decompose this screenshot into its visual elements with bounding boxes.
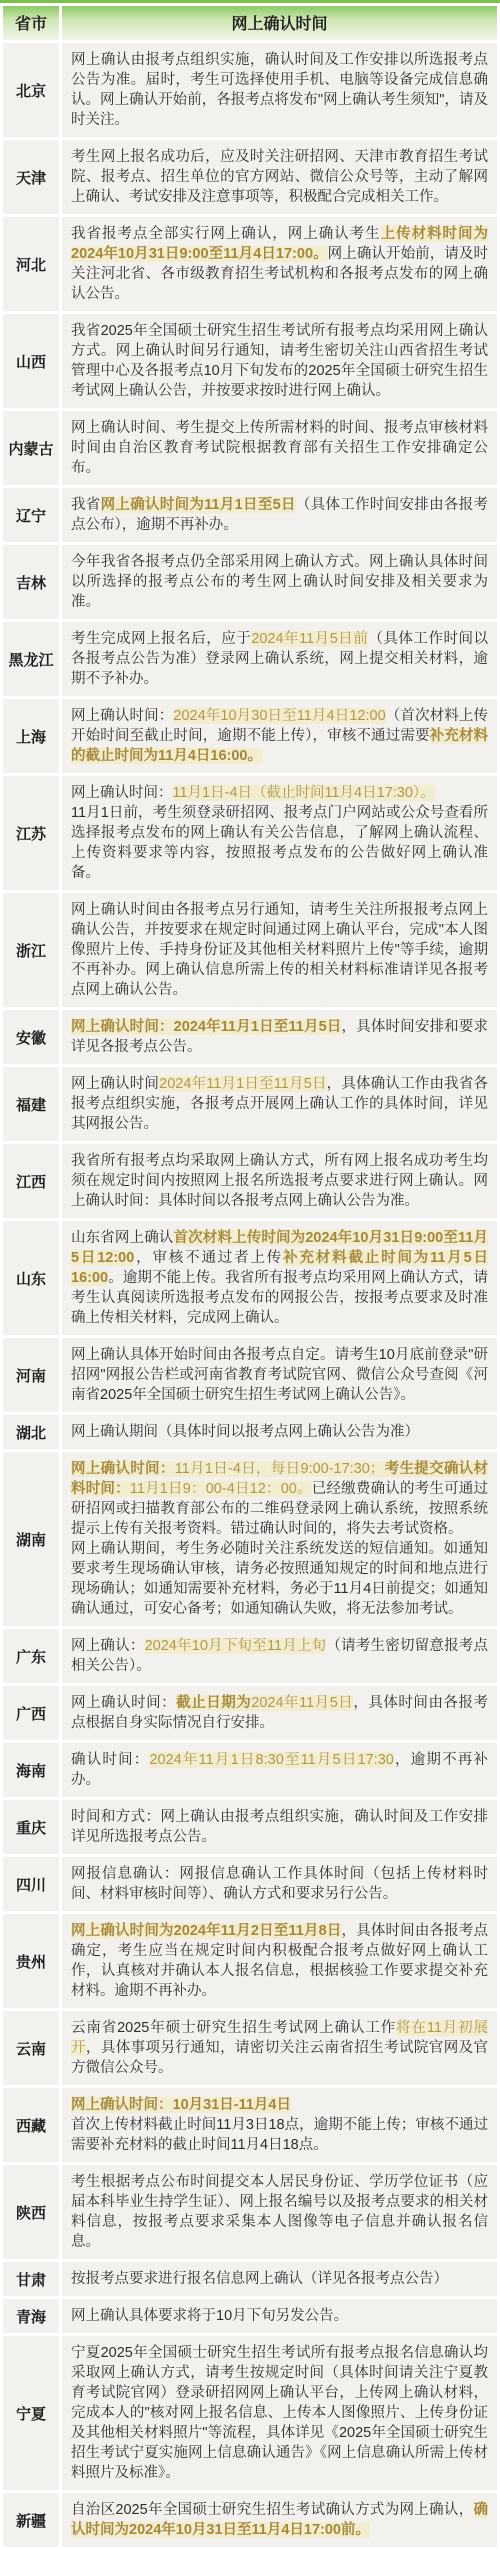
detail-text-segment: 网上确认时间、考生提交上传所需材料的时间、报考点审核材料时间由自治区教育考试院根… [71,420,488,476]
detail-cell: 今年我省各报考点仍全部采用网上确认方式。网上确认具体时间以所选择的报考点公布的考… [62,545,497,619]
province-label: 福建 [3,1067,59,1141]
detail-cell: 我省报考点全部实行网上确认，网上确认考生上传材料时间为2024年10月31日9:… [62,217,497,311]
detail-cell: 我省所有报考点均采取网上确认方式，所有网上报名成功考生均须在规定时间内按照网上报… [62,1144,497,1218]
table-row: 上海 网上确认时间：2024年10月30日至11月4日12:00（首次材料上传开… [3,699,497,773]
detail-cell: 网上确认时间：11月1日-4日（截止时间11月4日17:30）。 11月1日前，… [62,776,497,890]
table-row: 青海 网上确认具体要求将于10月下旬另发公告。 [3,2299,497,2333]
table-row: 贵州 网上确认时间为2024年11月2日至11月8日，具体时间由各报考点确定，考… [3,1914,497,2008]
detail-text-segment: 首次上传材料截止时间11月3日18点，逾期不能上传；审核不通过需要补充材料的截止… [71,2117,488,2153]
detail-text-segment: 网上确认时间：10月31日-11月4日 [71,2097,291,2113]
table-row: 吉林 今年我省各报考点仍全部采用网上确认方式。网上确认具体时间以所选择的报考点公… [3,545,497,619]
province-label: 云南 [3,2011,59,2085]
table-row: 安徽 网上确认时间：2024年11月1日至11月5日，具体时间安排和要求详见各报… [3,1010,497,1064]
detail-cell: 宁夏2025年全国硕士研究生招生考试所有报考点报名信息确认均采取网上确认方式，请… [62,2336,497,2490]
table-row: 内蒙古 网上确认时间、考生提交上传所需材料的时间、报考点审核材料时间由自治区教育… [3,411,497,485]
detail-text-segment: 11月1日-4日（截止时间11月4日17:30）。 [173,785,435,801]
table-row: 西藏 网上确认时间：10月31日-11月4日 首次上传材料截止时间11月3日18… [3,2088,497,2162]
header-row: 省市 网上确认时间 [3,6,497,40]
table-row: 重庆 时间和方式：网上确认由报考点组织实施，确认时间及工作安排详见所选报考点公告… [3,1800,497,1854]
detail-text-segment: 按报考点要求进行报名信息网上确认（详见各报考点公告） [71,2271,448,2287]
province-label: 西藏 [3,2088,59,2162]
detail-cell: 我省网上确认时间为11月1日至5日（具体工作时间安排由各报考点公布），逾期不再补… [62,488,497,542]
detail-cell: 考生网上报名成功后，应及时关注研招网、天津市教育招生考试院、报考点、招生单位的官… [62,140,497,214]
detail-cell: 云南省2025年硕士研究生招生考试网上确认工作将在11月初展开，具体事项另行通知… [62,2011,497,2085]
detail-text-segment: 11月1日9：00-4日12：00。 [130,1481,312,1497]
table-row: 山西 我省2025年全国硕士研究生招生考试所有报考点均采用网上确认方式。网上确认… [3,314,497,408]
detail-text-segment: 网上确认时间为2024年11月2日至11月8日 [71,1923,342,1939]
detail-cell: 网上确认时间为2024年11月2日至11月8日，具体时间由各报考点确定，考生应当… [62,1914,497,2008]
confirmation-table-body: 北京 网上确认由报考点组织实施，确认时间及工作安排以所选报考点公告为准。届时，考… [3,43,497,2547]
detail-text-segment: ，审核不通过者上传 [134,1250,283,1266]
detail-text-segment: 今年我省各报考点仍全部采用网上确认方式。网上确认具体时间以所选择的报考点公布的考… [71,554,488,610]
province-label: 甘肃 [3,2262,59,2296]
province-label: 河南 [3,1338,59,1412]
province-label: 江苏 [3,776,59,890]
detail-text-segment: 网上确认具体开始时间由各报考点自定。请考生10月底前登录"研招网"网报公告栏或河… [71,1347,488,1403]
detail-cell: 网上确认时间2024年11月1日至11月5日，具体确认工作由我省各报考点组织实施… [62,1067,497,1141]
province-label: 河北 [3,217,59,311]
detail-text-segment: 考生网上报名成功后，应及时关注研招网、天津市教育招生考试院、报考点、招生单位的官… [71,149,488,205]
header-time-column: 网上确认时间 [62,6,497,40]
table-row: 河北 我省报考点全部实行网上确认，网上确认考生上传材料时间为2024年10月31… [3,217,497,311]
table-row: 云南 云南省2025年硕士研究生招生考试网上确认工作将在11月初展开，具体事项另… [3,2011,497,2085]
detail-text-segment: 考生根据考点公布时间提交本人居民身份证、学历学位证书（应届本科毕业生持学生证）、… [71,2174,488,2250]
detail-text-segment: 已经缴费确认的考生可通过研招网或扫描教育部公布的二维码登录网上确认系统，按照系统… [71,1481,488,1617]
detail-cell: 网上确认时间：11月1日-4日，每日9:00-17:30；考生提交确认材料时间：… [62,1452,497,1626]
detail-text-segment: 11月1日前，考生须登录研招网、报考点门户网站或公众号查看所选择报考点发布的网上… [71,805,488,881]
province-label: 浙江 [3,893,59,1007]
detail-cell: 网上确认：2024年10月下旬至11月上旬（请考生密切留意报考点相关公告）。 [62,1629,497,1683]
detail-text-segment: 11月1日-4日，每日9:00-17:30； [175,1461,385,1477]
province-label: 辽宁 [3,488,59,542]
province-label: 广西 [3,1686,59,1740]
table-row: 四川 网报信息确认：网报信息确认工作具体时间（包括上传材料时间、材料审核时间等）… [3,1857,497,1911]
detail-text-segment: 网上确认期间（具体时间以报考点网上确认公告为准） [71,1424,419,1440]
province-label: 宁夏 [3,2336,59,2490]
province-label: 海南 [3,1743,59,1797]
province-label: 上海 [3,699,59,773]
detail-cell: 确认时间：2024年11月1日8:30至11月5日17:30，逾期不再补办。 [62,1743,497,1797]
detail-text-segment: 我省所有报考点均采取网上确认方式，所有网上报名成功考生均须在规定时间内按照网上报… [71,1153,488,1209]
detail-text-segment: 我省报考点全部实行网上确认，网上确认考生 [71,226,381,242]
province-label: 黑龙江 [3,622,59,696]
table-row: 江苏 网上确认时间：11月1日-4日（截止时间11月4日17:30）。 11月1… [3,776,497,890]
confirmation-table-header: 省市 网上确认时间 [3,6,497,40]
detail-text-segment: 2024年11月5日 [251,1695,353,1711]
province-label: 新疆 [3,2493,59,2547]
detail-text-segment: 网上确认时间 [71,1076,159,1092]
detail-cell: 网上确认时间：2024年11月1日至11月5日，具体时间安排和要求详见各报考点公… [62,1010,497,1064]
province-label: 吉林 [3,545,59,619]
table-row: 甘肃 按报考点要求进行报名信息网上确认（详见各报考点公告） [3,2262,497,2296]
header-province-column: 省市 [3,6,59,40]
detail-cell: 网上确认具体要求将于10月下旬另发公告。 [62,2299,497,2333]
detail-cell: 网上确认时间：10月31日-11月4日 首次上传材料截止时间11月3日18点，逾… [62,2088,497,2162]
detail-text-segment: 网上确认时间： [71,1695,176,1711]
table-row: 天津 考生网上报名成功后，应及时关注研招网、天津市教育招生考试院、报考点、招生单… [3,140,497,214]
detail-text-segment: 网上确认具体要求将于10月下旬另发公告。 [71,2308,348,2324]
detail-text-segment: 2024年11月1日至11月5日 [159,1076,327,1092]
detail-text-segment: 网上确认时间： [71,1461,175,1477]
table-row: 陕西 考生根据考点公布时间提交本人居民身份证、学历学位证书（应届本科毕业生持学生… [3,2165,497,2259]
detail-text-segment: 确认时间： [71,1752,149,1768]
table-row: 辽宁 我省网上确认时间为11月1日至5日（具体工作时间安排由各报考点公布），逾期… [3,488,497,542]
detail-text-segment: 考生完成网上报名后，应于 [71,631,251,647]
detail-cell: 网报信息确认：网报信息确认工作具体时间（包括上传材料时间、材料审核时间等）、确认… [62,1857,497,1911]
table-row: 广西 网上确认时间：截止日期为2024年11月5日，具体时间由各报考点根据自身实… [3,1686,497,1740]
detail-text-segment: 网上确认时间： [71,708,173,724]
table-row: 海南 确认时间：2024年11月1日8:30至11月5日17:30，逾期不再补办… [3,1743,497,1797]
table-row: 黑龙江 考生完成网上报名后，应于2024年11月5日前（具体工作时间以各报考点公… [3,622,497,696]
detail-cell: 网上确认由报考点组织实施，确认时间及工作安排以所选报考点公告为准。届时，考生可选… [62,43,497,137]
detail-cell: 我省2025年全国硕士研究生招生考试所有报考点均采用网上确认方式。网上确认时间另… [62,314,497,408]
detail-text-segment: 网报信息确认：网报信息确认工作具体时间（包括上传材料时间、材料审核时间等）、确认… [71,1866,488,1902]
detail-text-segment: 网上确认时间为11月1日至5日 [101,497,296,513]
detail-cell: 网上确认时间：2024年10月30日至11月4日12:00（首次材料上传开始时间… [62,699,497,773]
province-label: 山东 [3,1221,59,1335]
detail-text-segment: 2024年11月5日前 [251,631,368,647]
detail-text-segment: 宁夏2025年全国硕士研究生招生考试所有报考点报名信息确认均采取网上确认方式，请… [71,2345,488,2481]
detail-text-segment: 我省 [71,497,101,513]
table-row: 福建 网上确认时间2024年11月1日至11月5日，具体确认工作由我省各报考点组… [3,1067,497,1141]
detail-text-segment: ，具体事项另行通知，请密切关注云南省招生考试院官网及官方微信公众号。 [71,2040,488,2076]
province-label: 重庆 [3,1800,59,1854]
detail-cell: 山东省网上确认首次材料上传时间为2024年10月31日9:00至11月5日12:… [62,1221,497,1335]
province-label: 天津 [3,140,59,214]
detail-text-segment: 网上确认由报考点组织实施，确认时间及工作安排以所选报考点公告为准。届时，考生可选… [71,52,488,128]
province-label: 四川 [3,1857,59,1911]
detail-cell: 考生根据考点公布时间提交本人居民身份证、学历学位证书（应届本科毕业生持学生证）、… [62,2165,497,2259]
detail-cell: 按报考点要求进行报名信息网上确认（详见各报考点公告） [62,2262,497,2296]
detail-cell: 时间和方式：网上确认由报考点组织实施，确认时间及工作安排详见所选报考点公告。 [62,1800,497,1854]
detail-text-segment: 网上确认时间： [71,785,173,801]
table-row: 江西 我省所有报考点均采取网上确认方式，所有网上报名成功考生均须在规定时间内按照… [3,1144,497,1218]
detail-cell: 网上确认具体开始时间由各报考点自定。请考生10月底前登录"研招网"网报公告栏或河… [62,1338,497,1412]
table-row: 浙江 网上确认时间由各报考点另行通知，请考生关注所报报考点网上确认公告，并按要求… [3,893,497,1007]
province-label: 广东 [3,1629,59,1683]
province-label: 安徽 [3,1010,59,1064]
detail-cell: 网上确认时间：截止日期为2024年11月5日，具体时间由各报考点根据自身实际情况… [62,1686,497,1740]
detail-text-segment: 我省2025年全国硕士研究生招生考试所有报考点均采用网上确认方式。网上确认时间另… [71,323,488,399]
table-row: 北京 网上确认由报考点组织实施，确认时间及工作安排以所选报考点公告为准。届时，考… [3,43,497,137]
confirmation-schedule-page: 省市 网上确认时间 北京 网上确认由报考点组织实施，确认时间及工作安排以所选报考… [0,0,500,2550]
province-label: 山西 [3,314,59,408]
detail-cell: 网上确认时间由各报考点另行通知，请考生关注所报报考点网上确认公告，并按要求在规定… [62,893,497,1007]
province-label: 江西 [3,1144,59,1218]
province-label: 北京 [3,43,59,137]
detail-cell: 网上确认期间（具体时间以报考点网上确认公告为准） [62,1415,497,1449]
detail-text-segment: 网上确认： [71,1638,145,1654]
detail-cell: 自治区2025年全国硕士研究生招生考试确认方式为网上确认，确认时间为2024年1… [62,2493,497,2547]
table-row: 山东 山东省网上确认首次材料上传时间为2024年10月31日9:00至11月5日… [3,1221,497,1335]
detail-cell: 考生完成网上报名后，应于2024年11月5日前（具体工作时间以各报考点公告为准）… [62,622,497,696]
confirmation-table: 省市 网上确认时间 北京 网上确认由报考点组织实施，确认时间及工作安排以所选报考… [0,3,500,2550]
province-label: 湖北 [3,1415,59,1449]
table-row: 新疆 自治区2025年全国硕士研究生招生考试确认方式为网上确认，确认时间为202… [3,2493,497,2547]
province-label: 湖南 [3,1452,59,1626]
table-row: 广东 网上确认：2024年10月下旬至11月上旬（请考生密切留意报考点相关公告）… [3,1629,497,1683]
detail-text-segment: 2024年11月1日8:30至11月5日17:30 [149,1752,393,1768]
province-label: 内蒙古 [3,411,59,485]
province-label: 陕西 [3,2165,59,2259]
detail-text-segment: 网上确认时间由各报考点另行通知，请考生关注所报报考点网上确认公告，并按要求在规定… [71,902,488,998]
detail-text-segment: 山东省网上确认 [71,1230,174,1246]
table-row: 宁夏 宁夏2025年全国硕士研究生招生考试所有报考点报名信息确认均采取网上确认方… [3,2336,497,2490]
detail-text-segment: 2024年10月下旬至11月上旬 [145,1638,327,1654]
detail-cell: 网上确认时间、考生提交上传所需材料的时间、报考点审核材料时间由自治区教育考试院根… [62,411,497,485]
detail-text-segment: 时间和方式：网上确认由报考点组织实施，确认时间及工作安排详见所选报考点公告。 [71,1809,488,1845]
detail-text-segment: 。逾期不能上传。我省所有报考点均采用网上确认方式，请考生认真阅读所选报考点发布的… [71,1270,488,1326]
table-row: 湖南 网上确认时间：11月1日-4日，每日9:00-17:30；考生提交确认材料… [3,1452,497,1626]
province-label: 贵州 [3,1914,59,2008]
detail-text-segment: 网上确认时间：2024年11月1日至11月5日 [71,1019,342,1035]
detail-text-segment: 自治区2025年全国硕士研究生招生考试确认方式为网上确认， [71,2502,474,2518]
detail-text-segment: 云南省2025年硕士研究生招生考试网上确认工作 [71,2020,396,2036]
table-row: 河南 网上确认具体开始时间由各报考点自定。请考生10月底前登录"研招网"网报公告… [3,1338,497,1412]
table-row: 湖北 网上确认期间（具体时间以报考点网上确认公告为准） [3,1415,497,1449]
detail-text-segment: 截止日期为 [176,1695,251,1711]
province-label: 青海 [3,2299,59,2333]
detail-text-segment: 2024年10月30日至11月4日12:00 [173,708,385,724]
